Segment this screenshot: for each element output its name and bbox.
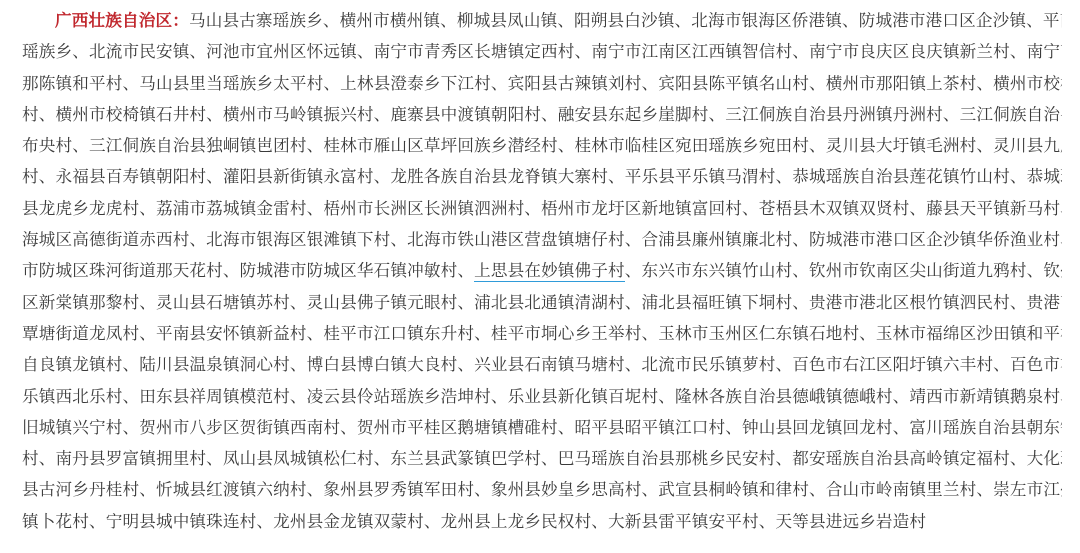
text-line: 村、横州市校椅镇石井村、横州市马岭镇振兴村、鹿寨县中渡镇朝阳村、融安县东起乡崖脚…	[22, 99, 1062, 130]
text-line: 乐镇西北乐村、田东县祥周镇模范村、凌云县伶站瑶族乡浩坤村、乐业县新化镇百坭村、隆…	[22, 381, 1062, 412]
text-line: 自良镇龙镇村、陆川县温泉镇洞心村、博白县博白镇大良村、兴业县石南镇马塘村、北流市…	[22, 349, 1062, 380]
text-line: 镇卜花村、宁明县城中镇珠连村、龙州县金龙镇双蒙村、龙州县上龙乡民权村、大新县雷平…	[22, 506, 1062, 537]
region-label: 广西壮族自治区：	[55, 11, 189, 30]
text-line: 村、南丹县罗富镇拥里村、凤山县凤城镇松仁村、东兰县武篆镇巴学村、巴马瑶族自治县那…	[22, 443, 1062, 474]
text-line: 县龙虎乡龙虎村、荔浦市荔城镇金雷村、梧州市长洲区长洲镇泗洲村、梧州市龙圩区新地镇…	[22, 193, 1062, 224]
village-link[interactable]: 上思县在妙镇佛子村	[474, 261, 625, 282]
article-paragraph: 广西壮族自治区：马山县古寨瑶族乡、横州市横州镇、柳城县凤山镇、阳朔县白沙镇、北海…	[22, 5, 1062, 537]
text-line: 瑶族乡、北流市民安镇、河池市宜州区怀远镇、南宁市青秀区长塘镇定西村、南宁市江南区…	[22, 36, 1062, 67]
text-segment: 马山县古寨瑶族乡、横州市横州镇、柳城县凤山镇、阳朔县白沙镇、北海市银海区侨港镇、…	[189, 11, 1062, 30]
text-segment: 市防城区珠河街道那天花村、防城港市防城区华石镇冲敏村、	[22, 261, 474, 280]
text-line: 覃塘街道龙凤村、平南县安怀镇新益村、桂平市江口镇东升村、桂平市垌心乡王举村、玉林…	[22, 318, 1062, 349]
text-line: 村、永福县百寿镇朝阳村、灌阳县新街镇永富村、龙胜各族自治县龙脊镇大寨村、平乐县平…	[22, 161, 1062, 192]
text-line: 布央村、三江侗族自治县独峒镇岜团村、桂林市雁山区草坪回族乡潜经村、桂林市临桂区宛…	[22, 130, 1062, 161]
text-line: 县古河乡丹桂村、忻城县红渡镇六纳村、象州县罗秀镇军田村、象州县妙皇乡思高村、武宣…	[22, 474, 1062, 505]
text-segment: 、东兴市东兴镇竹山村、钦州市钦南区尖山街道九鸦村、钦州市钦北	[625, 261, 1062, 280]
text-line: 海城区高德街道赤西村、北海市银海区银滩镇下村、北海市铁山港区营盘镇塘仔村、合浦县…	[22, 224, 1062, 255]
text-line: 旧城镇兴宁村、贺州市八步区贺街镇西南村、贺州市平桂区鹅塘镇槽碓村、昭平县昭平镇江…	[22, 412, 1062, 443]
text-line: 广西壮族自治区：马山县古寨瑶族乡、横州市横州镇、柳城县凤山镇、阳朔县白沙镇、北海…	[22, 5, 1062, 36]
text-line: 市防城区珠河街道那天花村、防城港市防城区华石镇冲敏村、上思县在妙镇佛子村、东兴市…	[22, 255, 1062, 286]
text-line: 区新棠镇那黎村、灵山县石塘镇苏村、灵山县佛子镇元眼村、浦北县北通镇清湖村、浦北县…	[22, 287, 1062, 318]
text-line: 那陈镇和平村、马山县里当瑶族乡太平村、上林县澄泰乡下江村、宾阳县古辣镇刘村、宾阳…	[22, 68, 1062, 99]
